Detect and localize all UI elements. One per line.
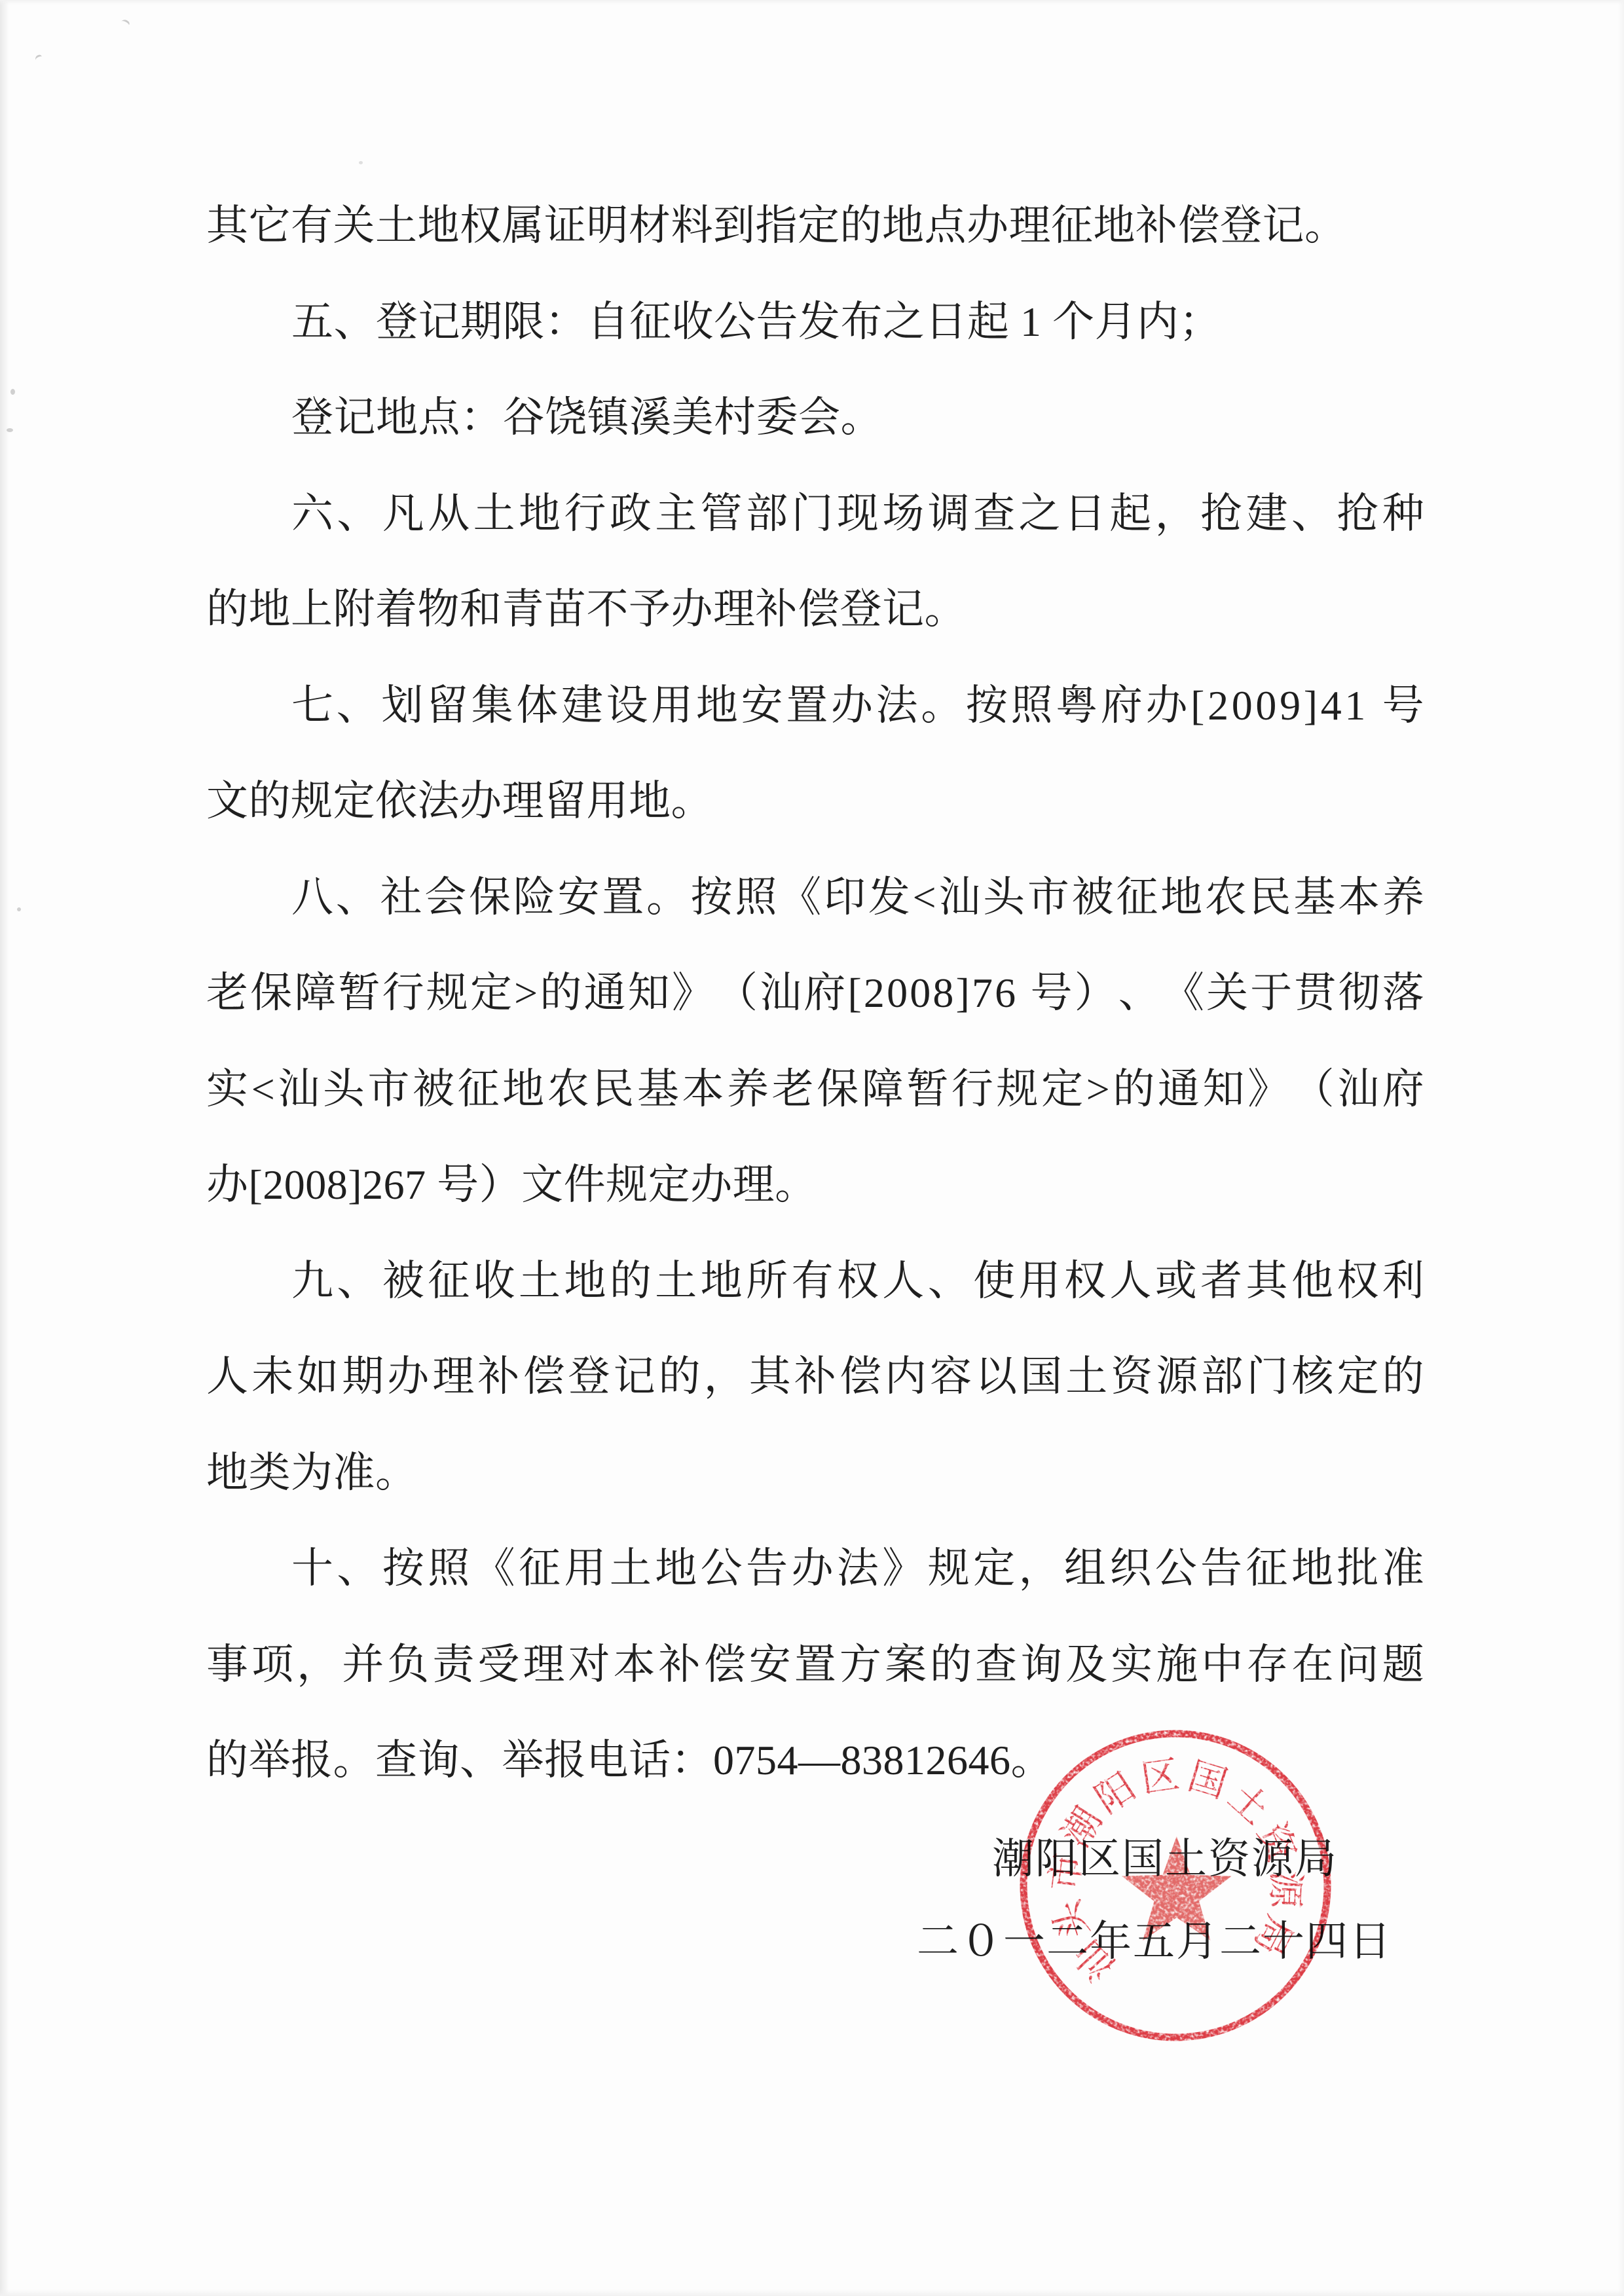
- seal-arc-char: 市: [1043, 1851, 1090, 1894]
- scan-edge-left: [0, 0, 9, 2296]
- scan-edge-top: [0, 0, 1624, 5]
- body-text: 其它有关土地权属证明材料到指定的地点办理征地补偿登记。五、登记期限：自征收公告发…: [206, 178, 1424, 1809]
- text-line: 地类为准。: [206, 1425, 1424, 1522]
- text-line: 七、划留集体建设用地安置办法。按照粤府办[2009]41 号: [206, 658, 1424, 754]
- text-line: 其它有关土地权属证明材料到指定的地点办理征地补偿登记。: [206, 178, 1424, 274]
- seal-arc-char: 土: [1221, 1776, 1278, 1832]
- text-line: 老保障暂行规定>的通知》（汕府[2008]76 号）、《关于贯彻落: [206, 945, 1424, 1042]
- scan-speck: [17, 907, 21, 911]
- text-line: 六、凡从土地行政主管部门现场调查之日起，抢建、抢种: [206, 466, 1424, 562]
- scan-speck: [7, 428, 13, 432]
- scan-speck: [34, 54, 43, 64]
- seal-arc-char: 汕: [1067, 1932, 1124, 1989]
- seal-arc-char: 区: [1138, 1753, 1181, 1800]
- text-line: 登记地点：谷饶镇溪美村委会。: [206, 370, 1424, 466]
- seal-arc-char: 源: [1263, 1870, 1307, 1910]
- scan-speck: [359, 161, 363, 164]
- text-line: 文的规定依法办理留用地。: [206, 754, 1424, 850]
- seal-arc-char: 国: [1183, 1755, 1232, 1806]
- scan-edge-right: [1618, 0, 1624, 2296]
- seal-arc-char: 头: [1044, 1894, 1097, 1944]
- seal-arc-char: 阳: [1088, 1765, 1143, 1821]
- text-line: 五、登记期限：自征收公告发布之日起 1 个月内；: [206, 274, 1424, 371]
- official-seal: 汕头市潮阳区国土资源局: [992, 1702, 1359, 2069]
- text-line: 九、被征收土地的土地所有权人、使用权人或者其他权利: [206, 1233, 1424, 1330]
- seal-star: [1117, 1830, 1240, 1952]
- text-line: 的地上附着物和青苗不予办理补偿登记。: [206, 562, 1424, 658]
- text-line: 办[2008]267 号）文件规定办理。: [206, 1137, 1424, 1233]
- scan-speck: [10, 389, 15, 395]
- scanned-document-page: 其它有关土地权属证明材料到指定的地点办理征地补偿登记。五、登记期限：自征收公告发…: [0, 0, 1624, 2296]
- text-line: 十、按照《征用土地公告办法》规定，组织公告征地批准: [206, 1521, 1424, 1617]
- scan-edge-bottom: [0, 2289, 1624, 2296]
- text-line: 实<汕头市被征地农民基本养老保障暂行规定>的通知》（汕府: [206, 1042, 1424, 1138]
- seal-arc-char: 局: [1246, 1909, 1301, 1962]
- text-line: 人未如期办理补偿登记的，其补偿内容以国土资源部门核定的: [206, 1329, 1424, 1425]
- seal-arc-char: 资: [1249, 1817, 1304, 1870]
- text-line: 八、社会保险安置。按照《印发<汕头市被征地农民基本养: [206, 850, 1424, 946]
- scan-speck: [119, 18, 130, 29]
- text-line: 事项，并负责受理对本补偿安置方案的查询及实施中存在问题: [206, 1617, 1424, 1713]
